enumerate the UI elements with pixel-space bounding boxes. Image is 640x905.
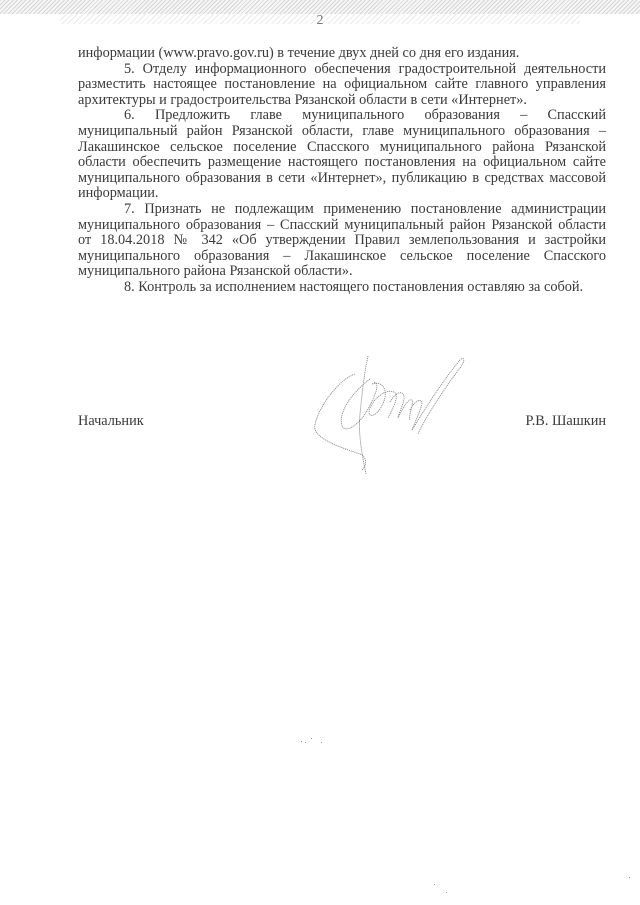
page-number: 2 — [0, 13, 640, 29]
paragraph-item-5: 5. Отделу информационного обеспечения гр… — [78, 62, 606, 109]
paragraph-item-7: 7. Признать не подлежащим применению пос… — [78, 202, 606, 280]
paragraph-item-6: 6. Предложить главе муниципального образ… — [78, 108, 606, 202]
signatory-title: Начальник — [78, 413, 144, 430]
handwritten-signature — [310, 354, 470, 476]
paragraph-item-8: 8. Контроль за исполнением настоящего по… — [78, 280, 606, 296]
signatory-name: Р.В. Шашкин — [526, 413, 606, 430]
scan-artifact-top — [0, 0, 640, 14]
paragraph-continuation: информации (www.pravo.gov.ru) в течение … — [78, 46, 606, 62]
document-body: информации (www.pravo.gov.ru) в течение … — [78, 46, 606, 296]
